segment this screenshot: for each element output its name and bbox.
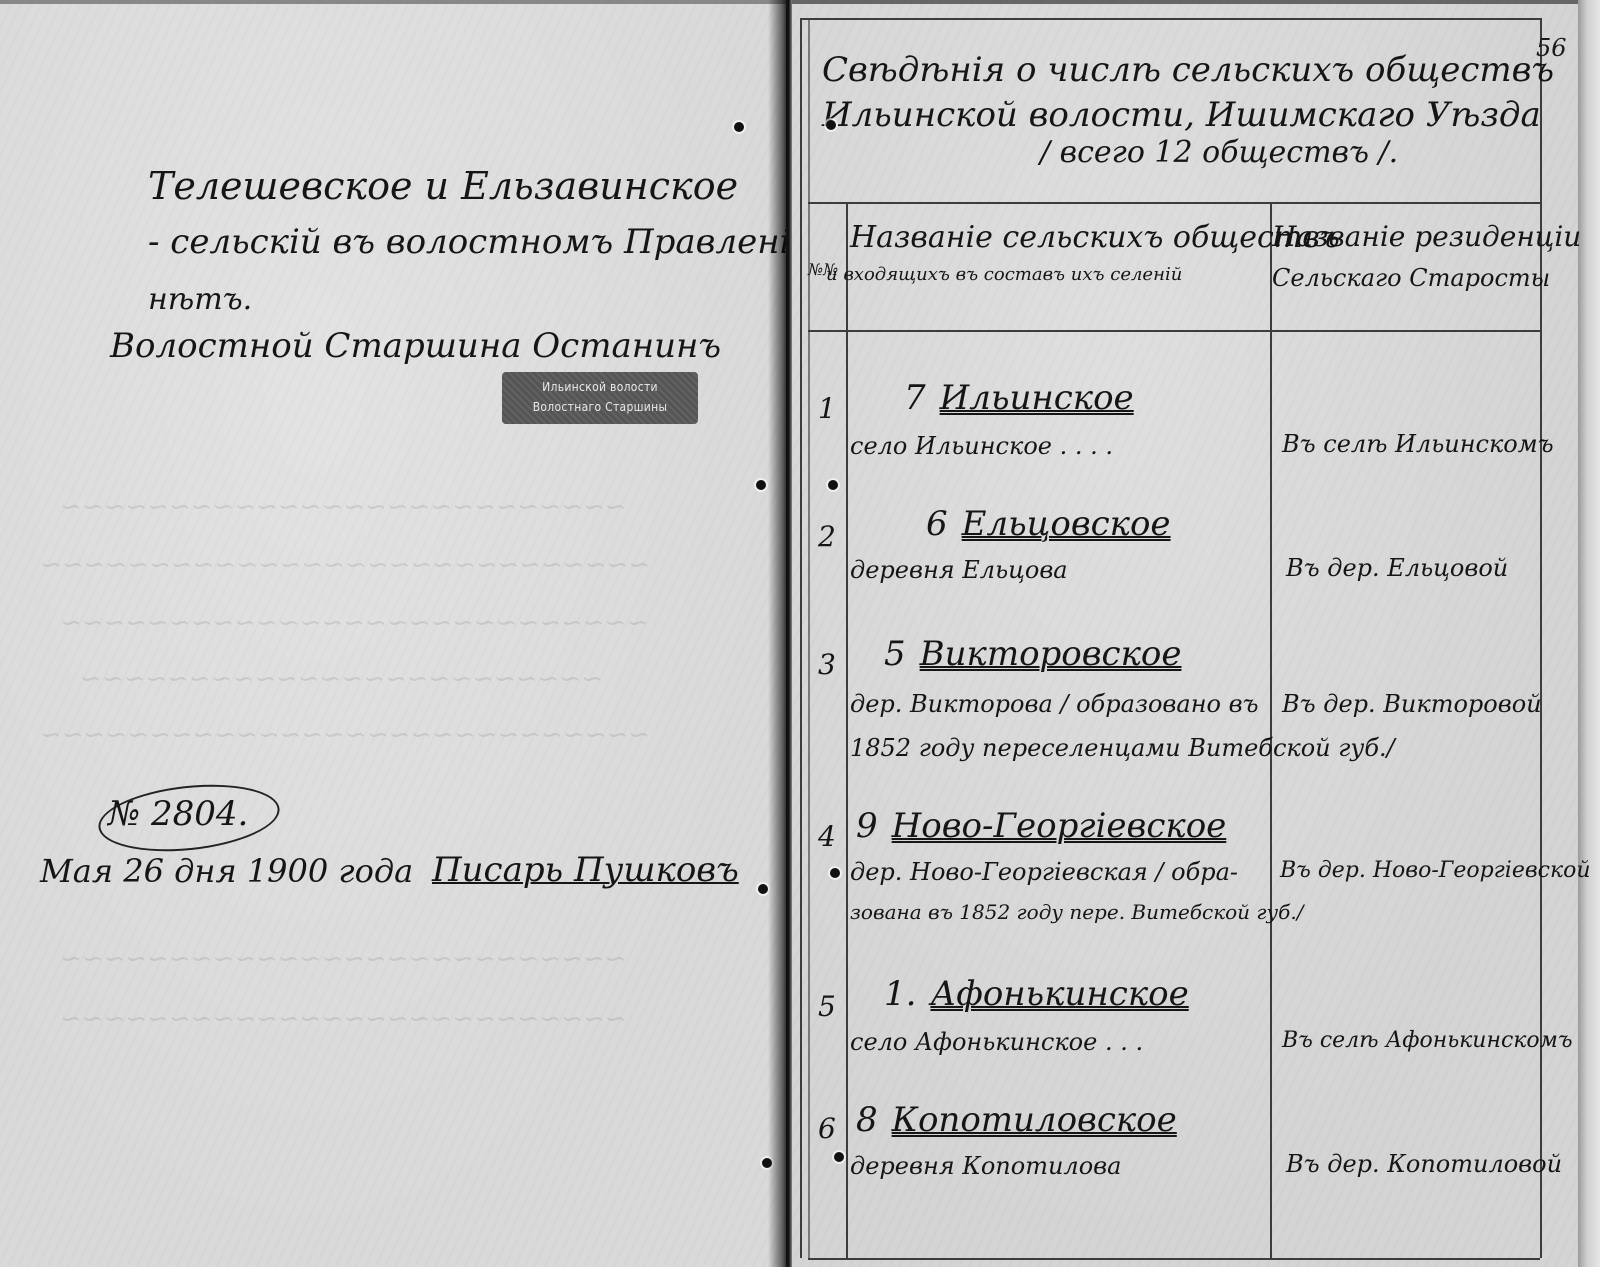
bleed-through-texture: ~~~~~~~~~~~~~~~~~~~~~~~~~~ bbox=[60, 492, 626, 522]
punch-hole bbox=[830, 868, 840, 878]
row-number: 5 bbox=[818, 990, 836, 1023]
society-name: 1.Афонькинское bbox=[884, 974, 1189, 1014]
bleed-through-texture: ~~~~~~~~~~~~~~~~~~~~~~~~~~ bbox=[60, 944, 626, 974]
village-entry: дер. Викторова / образовано въ bbox=[850, 690, 1259, 718]
stamp-line: Волостнаго Старшины bbox=[502, 397, 698, 417]
village-entry: село Афонькинское . . . bbox=[850, 1028, 1143, 1056]
header-top-rule bbox=[808, 202, 1540, 204]
left-title-line: Телешевское и Ельзавинское bbox=[148, 164, 738, 208]
bleed-through-texture: ~~~~~~~~~~~~~~~~~~~~~~~~~~ bbox=[60, 1004, 626, 1034]
punch-hole bbox=[826, 120, 836, 130]
frame-rule-left bbox=[800, 18, 802, 1258]
society-name: 6Ельцовское bbox=[926, 504, 1171, 544]
left-title-line: нѣтъ. bbox=[148, 282, 252, 317]
column-header-society-sub: и входящихъ въ составъ ихъ селенiй bbox=[826, 264, 1182, 285]
row-number: 1 bbox=[818, 392, 836, 425]
society-title: Копотиловское bbox=[892, 1100, 1177, 1140]
society-title: Ильинское bbox=[940, 378, 1134, 418]
row-number: 3 bbox=[818, 648, 836, 681]
society-name: 9Ново-Георгiевское bbox=[856, 806, 1226, 846]
clerk-signature: Писарь Пушковъ bbox=[432, 850, 739, 890]
residence-entry: Въ дер. Ельцовой bbox=[1286, 554, 1508, 582]
society-code: 1. bbox=[884, 974, 916, 1014]
binding-spine bbox=[768, 0, 794, 1267]
residence-entry: Въ селѣ Ильинскомъ bbox=[1282, 430, 1554, 458]
column-header-society: Названiе сельскихъ обществъ bbox=[850, 220, 1340, 255]
row-number: 2 bbox=[818, 520, 836, 553]
punch-hole bbox=[834, 1152, 844, 1162]
frame-rule-right bbox=[1540, 18, 1542, 1258]
residence-entry: Въ дер. Викторовой bbox=[1282, 690, 1542, 718]
village-entry: зована въ 1852 году пере. Витебской губ.… bbox=[850, 900, 1303, 924]
frame-rule-bottom bbox=[808, 1258, 1540, 1260]
official-stamp: Ильинской волости Волостнаго Старшины bbox=[502, 372, 698, 424]
column-header-residence-sub: Сельскаго Старосты bbox=[1272, 264, 1550, 292]
residence-entry: Въ дер. Ново-Георгiевской bbox=[1280, 858, 1591, 883]
society-name: 5Викторовское bbox=[884, 634, 1182, 674]
column-header-residence: Названiе резиденцiи bbox=[1272, 220, 1581, 253]
bleed-through-texture: ~~~~~~~~~~~~~~~~~~~~~~~~~~~ bbox=[60, 608, 648, 638]
society-code: 8 bbox=[856, 1100, 878, 1140]
left-page: ~~~~~~~~~~~~~~~~~~~~~~~~~~ ~~~~~~~~~~~~~… bbox=[0, 0, 786, 1267]
elder-signature-line: Волостной Старшина Останинъ bbox=[110, 326, 721, 366]
page-heading-line: Свѣдѣнiя о числѣ сельскихъ обществъ bbox=[822, 50, 1554, 90]
row-number: 4 bbox=[818, 820, 836, 853]
residence-column-rule bbox=[1270, 202, 1272, 1258]
village-entry: деревня Ельцова bbox=[850, 556, 1068, 584]
document-date: Мая 26 дня 1900 года bbox=[40, 852, 413, 890]
bleed-through-texture: ~~~~~~~~~~~~~~~~~~~~~~~~~~~~ bbox=[40, 720, 650, 750]
society-code: 6 bbox=[926, 504, 948, 544]
village-entry: деревня Копотилова bbox=[850, 1152, 1121, 1180]
page-heading-line: / всего 12 обществъ /. bbox=[1040, 135, 1398, 170]
society-name: 7Ильинское bbox=[904, 378, 1134, 418]
document-number: № 2804. bbox=[108, 794, 248, 834]
residence-entry: Въ селѣ Афонькинскомъ bbox=[1282, 1028, 1573, 1053]
society-code: 7 bbox=[904, 378, 926, 418]
left-title-line: - сельскiй въ волостномъ Правленiи bbox=[148, 222, 786, 262]
village-entry: 1852 году переселенцами Витебской губ./ bbox=[850, 734, 1395, 762]
frame-rule-top bbox=[800, 18, 1540, 20]
frame-rule-left-inner bbox=[808, 18, 810, 1258]
bleed-through-texture: ~~~~~~~~~~~~~~~~~~~~~~~~ bbox=[80, 664, 603, 694]
society-title: Афонькинское bbox=[930, 974, 1188, 1014]
society-title: Викторовское bbox=[920, 634, 1182, 674]
society-title: Ново-Георгiевское bbox=[892, 806, 1227, 846]
residence-entry: Въ дер. Копотиловой bbox=[1286, 1150, 1562, 1178]
bleed-through-texture: ~~~~~~~~~~~~~~~~~~~~~~~~~~~~ bbox=[40, 550, 650, 580]
punch-hole bbox=[828, 480, 838, 490]
society-code: 5 bbox=[884, 634, 906, 674]
row-number: 6 bbox=[818, 1112, 836, 1145]
num-column-rule bbox=[846, 202, 848, 1258]
page-heading-line: Ильинской волости, Ишимскаго Уѣзда bbox=[822, 95, 1541, 135]
village-entry: село Ильинское . . . . bbox=[850, 432, 1113, 460]
punch-hole bbox=[758, 884, 768, 894]
village-entry: дер. Ново-Георгiевская / обра- bbox=[850, 858, 1238, 886]
punch-hole bbox=[756, 480, 766, 490]
stamp-line: Ильинской волости bbox=[502, 377, 698, 397]
society-title: Ельцовское bbox=[962, 504, 1171, 544]
header-bottom-rule bbox=[808, 330, 1540, 332]
punch-hole bbox=[734, 122, 744, 132]
page-edge bbox=[1578, 0, 1600, 1267]
society-code: 9 bbox=[856, 806, 878, 846]
society-name: 8Копотиловское bbox=[856, 1100, 1177, 1140]
